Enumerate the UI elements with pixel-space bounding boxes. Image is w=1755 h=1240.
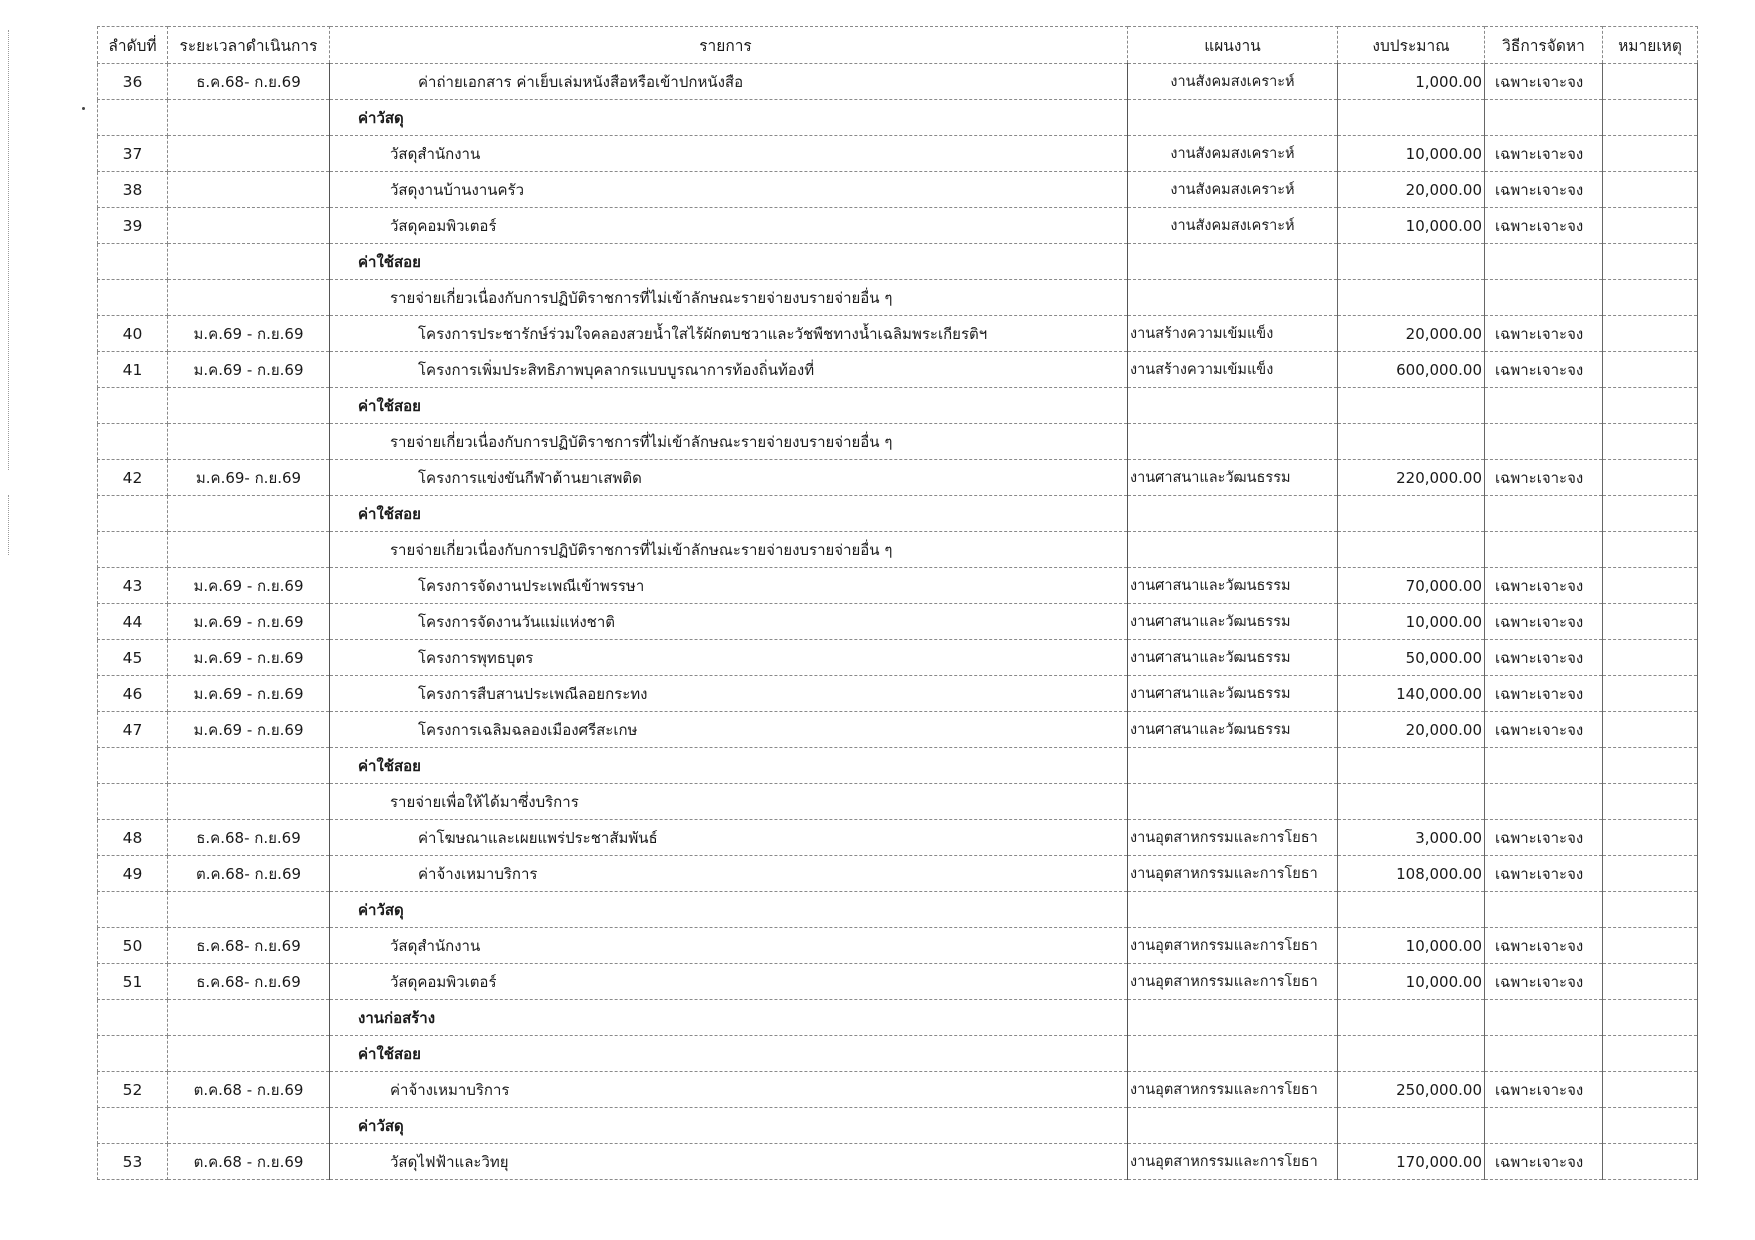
- remark: [1603, 712, 1698, 748]
- remark: [1603, 676, 1698, 712]
- budget-amount: [1338, 388, 1485, 424]
- row-number: 43: [98, 568, 168, 604]
- category-row: รายจ่ายเกี่ยวเนื่องกับการปฏิบัติราชการที…: [98, 532, 1698, 568]
- table-row: 49ต.ค.68- ก.ย.69ค่าจ้างเหมาบริการงานอุตส…: [98, 856, 1698, 892]
- table-row: 46ม.ค.69 - ก.ย.69โครงการสืบสานประเพณีลอย…: [98, 676, 1698, 712]
- remark: [1603, 136, 1698, 172]
- category-row: รายจ่ายเกี่ยวเนื่องกับการปฏิบัติราชการที…: [98, 424, 1698, 460]
- operation-period: ธ.ค.68- ก.ย.69: [168, 928, 330, 964]
- work-plan: งานอุตสาหกรรมและการโยธา: [1128, 1072, 1338, 1108]
- table-row: 39วัสดุคอมพิวเตอร์งานสังคมสงเคราะห์10,00…: [98, 208, 1698, 244]
- budget-amount: 600,000.00: [1338, 352, 1485, 388]
- row-number: 39: [98, 208, 168, 244]
- category-row: งานก่อสร้าง: [98, 1000, 1698, 1036]
- procurement-method: เฉพาะเจาะจง: [1485, 964, 1603, 1000]
- row-number: [98, 280, 168, 316]
- remark: [1603, 496, 1698, 532]
- work-plan: [1128, 388, 1338, 424]
- work-plan: งานศาสนาและวัฒนธรรม: [1128, 568, 1338, 604]
- operation-period: ม.ค.69 - ก.ย.69: [168, 352, 330, 388]
- remark: [1603, 64, 1698, 100]
- work-plan: [1128, 784, 1338, 820]
- budget-amount: 1,000.00: [1338, 64, 1485, 100]
- table-row: 52ต.ค.68 - ก.ย.69ค่าจ้างเหมาบริการงานอุต…: [98, 1072, 1698, 1108]
- remark: [1603, 928, 1698, 964]
- row-number: [98, 892, 168, 928]
- operation-period: [168, 208, 330, 244]
- category-row: ค่าใช้สอย: [98, 496, 1698, 532]
- remark: [1603, 1108, 1698, 1144]
- table-row: 51ธ.ค.68- ก.ย.69วัสดุคอมพิวเตอร์งานอุตสา…: [98, 964, 1698, 1000]
- table-row: 44ม.ค.69 - ก.ย.69โครงการจัดงานวันแม่แห่ง…: [98, 604, 1698, 640]
- row-number: 49: [98, 856, 168, 892]
- operation-period: [168, 280, 330, 316]
- work-plan: งานสร้างความเข้มแข็ง: [1128, 316, 1338, 352]
- row-number: 41: [98, 352, 168, 388]
- item-description: ค่าใช้สอย: [330, 496, 1128, 532]
- item-description: ค่าวัสดุ: [330, 100, 1128, 136]
- item-description: ค่าจ้างเหมาบริการ: [330, 856, 1128, 892]
- budget-amount: [1338, 1108, 1485, 1144]
- procurement-method: [1485, 784, 1603, 820]
- remark: [1603, 424, 1698, 460]
- procurement-method: เฉพาะเจาะจง: [1485, 676, 1603, 712]
- operation-period: ธ.ค.68- ก.ย.69: [168, 964, 330, 1000]
- procurement-method: [1485, 1108, 1603, 1144]
- row-number: [98, 532, 168, 568]
- table-row: 41ม.ค.69 - ก.ย.69โครงการเพิ่มประสิทธิภาพ…: [98, 352, 1698, 388]
- table-row: 42ม.ค.69- ก.ย.69โครงการแข่งขันกีฬาต้านยา…: [98, 460, 1698, 496]
- table-row: 38วัสดุงานบ้านงานครัวงานสังคมสงเคราะห์20…: [98, 172, 1698, 208]
- remark: [1603, 208, 1698, 244]
- row-number: [98, 748, 168, 784]
- column-header-plan: แผนงาน: [1128, 27, 1338, 64]
- work-plan: งานสร้างความเข้มแข็ง: [1128, 352, 1338, 388]
- item-description: รายจ่ายเกี่ยวเนื่องกับการปฏิบัติราชการที…: [330, 280, 1128, 316]
- item-description: งานก่อสร้าง: [330, 1000, 1128, 1036]
- item-description: โครงการเพิ่มประสิทธิภาพบุคลากรแบบบูรณากา…: [330, 352, 1128, 388]
- operation-period: [168, 748, 330, 784]
- operation-period: ม.ค.69 - ก.ย.69: [168, 316, 330, 352]
- table-row: 53ต.ค.68 - ก.ย.69วัสดุไฟฟ้าและวิทยุงานอุ…: [98, 1144, 1698, 1180]
- work-plan: งานสังคมสงเคราะห์: [1128, 136, 1338, 172]
- operation-period: [168, 1108, 330, 1144]
- budget-amount: 10,000.00: [1338, 208, 1485, 244]
- remark: [1603, 1036, 1698, 1072]
- procurement-method: [1485, 1036, 1603, 1072]
- procurement-method: เฉพาะเจาะจง: [1485, 712, 1603, 748]
- work-plan: งานสังคมสงเคราะห์: [1128, 64, 1338, 100]
- row-number: 44: [98, 604, 168, 640]
- column-header-no: ลำดับที่: [98, 27, 168, 64]
- procurement-method: เฉพาะเจาะจง: [1485, 568, 1603, 604]
- row-number: [98, 1036, 168, 1072]
- budget-amount: [1338, 748, 1485, 784]
- operation-period: [168, 172, 330, 208]
- remark: [1603, 892, 1698, 928]
- table-row: 50ธ.ค.68- ก.ย.69วัสดุสำนักงานงานอุตสาหกร…: [98, 928, 1698, 964]
- row-number: 51: [98, 964, 168, 1000]
- item-description: โครงการแข่งขันกีฬาต้านยาเสพติด: [330, 460, 1128, 496]
- remark: [1603, 532, 1698, 568]
- category-row: ค่าใช้สอย: [98, 748, 1698, 784]
- procurement-method: เฉพาะเจาะจง: [1485, 352, 1603, 388]
- procurement-method: เฉพาะเจาะจง: [1485, 460, 1603, 496]
- table-body: 36ธ.ค.68- ก.ย.69ค่าถ่ายเอกสาร ค่าเย็บเล่…: [98, 64, 1698, 1180]
- procurement-method: [1485, 1000, 1603, 1036]
- column-header-budget: งบประมาณ: [1338, 27, 1485, 64]
- budget-amount: 10,000.00: [1338, 604, 1485, 640]
- work-plan: งานศาสนาและวัฒนธรรม: [1128, 604, 1338, 640]
- remark: [1603, 1000, 1698, 1036]
- row-number: [98, 1108, 168, 1144]
- budget-amount: 220,000.00: [1338, 460, 1485, 496]
- column-header-note: หมายเหตุ: [1603, 27, 1698, 64]
- row-number: 42: [98, 460, 168, 496]
- remark: [1603, 820, 1698, 856]
- work-plan: งานศาสนาและวัฒนธรรม: [1128, 460, 1338, 496]
- operation-period: ม.ค.69 - ก.ย.69: [168, 604, 330, 640]
- table-row: 40ม.ค.69 - ก.ย.69โครงการประชารักษ์ร่วมใจ…: [98, 316, 1698, 352]
- operation-period: ต.ค.68 - ก.ย.69: [168, 1072, 330, 1108]
- category-row: ค่าวัสดุ: [98, 100, 1698, 136]
- work-plan: งานสังคมสงเคราะห์: [1128, 172, 1338, 208]
- item-description: ค่าวัสดุ: [330, 892, 1128, 928]
- budget-amount: 50,000.00: [1338, 640, 1485, 676]
- budget-amount: [1338, 280, 1485, 316]
- operation-period: ต.ค.68 - ก.ย.69: [168, 1144, 330, 1180]
- operation-period: [168, 784, 330, 820]
- procurement-method: เฉพาะเจาะจง: [1485, 136, 1603, 172]
- budget-amount: [1338, 100, 1485, 136]
- item-description: ค่าใช้สอย: [330, 1036, 1128, 1072]
- procurement-plan-sheet: ลำดับที่ ระยะเวลาดำเนินการ รายการ แผนงาน…: [97, 26, 1697, 1180]
- table-row: 47ม.ค.69 - ก.ย.69โครงการเฉลิมฉลองเมืองศร…: [98, 712, 1698, 748]
- work-plan: งานศาสนาและวัฒนธรรม: [1128, 640, 1338, 676]
- procurement-method: [1485, 244, 1603, 280]
- work-plan: งานอุตสาหกรรมและการโยธา: [1128, 1144, 1338, 1180]
- remark: [1603, 964, 1698, 1000]
- budget-amount: 10,000.00: [1338, 964, 1485, 1000]
- category-row: ค่าวัสดุ: [98, 1108, 1698, 1144]
- item-description: รายจ่ายเกี่ยวเนื่องกับการปฏิบัติราชการที…: [330, 424, 1128, 460]
- remark: [1603, 640, 1698, 676]
- budget-amount: [1338, 1036, 1485, 1072]
- table-row: 37วัสดุสำนักงานงานสังคมสงเคราะห์10,000.0…: [98, 136, 1698, 172]
- procurement-method: เฉพาะเจาะจง: [1485, 1144, 1603, 1180]
- work-plan: [1128, 496, 1338, 532]
- operation-period: [168, 532, 330, 568]
- remark: [1603, 388, 1698, 424]
- scan-margin-dots: [8, 30, 9, 470]
- budget-amount: 3,000.00: [1338, 820, 1485, 856]
- operation-period: ธ.ค.68- ก.ย.69: [168, 820, 330, 856]
- work-plan: [1128, 1036, 1338, 1072]
- budget-amount: [1338, 1000, 1485, 1036]
- item-description: วัสดุคอมพิวเตอร์: [330, 964, 1128, 1000]
- table-row: 45ม.ค.69 - ก.ย.69โครงการพุทธบุตรงานศาสนา…: [98, 640, 1698, 676]
- remark: [1603, 172, 1698, 208]
- operation-period: [168, 496, 330, 532]
- budget-amount: [1338, 424, 1485, 460]
- remark: [1603, 280, 1698, 316]
- procurement-method: เฉพาะเจาะจง: [1485, 208, 1603, 244]
- item-description: โครงการประชารักษ์ร่วมใจคลองสวยน้ำใสไร้ผั…: [330, 316, 1128, 352]
- row-number: [98, 424, 168, 460]
- remark: [1603, 460, 1698, 496]
- table-row: 43ม.ค.69 - ก.ย.69โครงการจัดงานประเพณีเข้…: [98, 568, 1698, 604]
- remark: [1603, 1144, 1698, 1180]
- item-description: โครงการจัดงานประเพณีเข้าพรรษา: [330, 568, 1128, 604]
- remark: [1603, 100, 1698, 136]
- budget-amount: 10,000.00: [1338, 928, 1485, 964]
- item-description: โครงการสืบสานประเพณีลอยกระทง: [330, 676, 1128, 712]
- item-description: ค่าใช้สอย: [330, 244, 1128, 280]
- work-plan: งานสังคมสงเคราะห์: [1128, 208, 1338, 244]
- row-number: 36: [98, 64, 168, 100]
- budget-amount: 20,000.00: [1338, 172, 1485, 208]
- table-row: 36ธ.ค.68- ก.ย.69ค่าถ่ายเอกสาร ค่าเย็บเล่…: [98, 64, 1698, 100]
- category-row: ค่าใช้สอย: [98, 244, 1698, 280]
- item-description: วัสดุงานบ้านงานครัว: [330, 172, 1128, 208]
- item-description: ค่าถ่ายเอกสาร ค่าเย็บเล่มหนังสือหรือเข้า…: [330, 64, 1128, 100]
- row-number: 50: [98, 928, 168, 964]
- procurement-method: เฉพาะเจาะจง: [1485, 64, 1603, 100]
- table-row: 48ธ.ค.68- ก.ย.69ค่าโฆษณาและเผยแพร่ประชาส…: [98, 820, 1698, 856]
- operation-period: ม.ค.69 - ก.ย.69: [168, 568, 330, 604]
- remark: [1603, 244, 1698, 280]
- remark: [1603, 784, 1698, 820]
- item-description: ค่าใช้สอย: [330, 388, 1128, 424]
- row-number: [98, 784, 168, 820]
- budget-amount: 108,000.00: [1338, 856, 1485, 892]
- budget-amount: 10,000.00: [1338, 136, 1485, 172]
- row-number: 48: [98, 820, 168, 856]
- work-plan: งานศาสนาและวัฒนธรรม: [1128, 712, 1338, 748]
- procurement-method: [1485, 892, 1603, 928]
- operation-period: [168, 388, 330, 424]
- item-description: ค่าวัสดุ: [330, 1108, 1128, 1144]
- operation-period: [168, 424, 330, 460]
- budget-amount: [1338, 496, 1485, 532]
- item-description: รายจ่ายเพื่อให้ได้มาซึ่งบริการ: [330, 784, 1128, 820]
- operation-period: [168, 1036, 330, 1072]
- row-number: [98, 1000, 168, 1036]
- row-number: [98, 496, 168, 532]
- procurement-method: เฉพาะเจาะจง: [1485, 1072, 1603, 1108]
- procurement-method: เฉพาะเจาะจง: [1485, 820, 1603, 856]
- remark: [1603, 856, 1698, 892]
- operation-period: ม.ค.69 - ก.ย.69: [168, 640, 330, 676]
- remark: [1603, 1072, 1698, 1108]
- operation-period: ม.ค.69 - ก.ย.69: [168, 676, 330, 712]
- procurement-method: [1485, 424, 1603, 460]
- work-plan: งานศาสนาและวัฒนธรรม: [1128, 676, 1338, 712]
- procurement-method: [1485, 100, 1603, 136]
- operation-period: ธ.ค.68- ก.ย.69: [168, 64, 330, 100]
- procurement-method: เฉพาะเจาะจง: [1485, 928, 1603, 964]
- work-plan: งานอุตสาหกรรมและการโยธา: [1128, 964, 1338, 1000]
- category-row: ค่าวัสดุ: [98, 892, 1698, 928]
- budget-amount: 20,000.00: [1338, 316, 1485, 352]
- remark: [1603, 316, 1698, 352]
- operation-period: ต.ค.68- ก.ย.69: [168, 856, 330, 892]
- budget-amount: [1338, 892, 1485, 928]
- procurement-method: เฉพาะเจาะจง: [1485, 856, 1603, 892]
- category-row: ค่าใช้สอย: [98, 388, 1698, 424]
- row-number: [98, 100, 168, 136]
- procurement-method: [1485, 748, 1603, 784]
- work-plan: [1128, 1000, 1338, 1036]
- work-plan: [1128, 532, 1338, 568]
- budget-amount: [1338, 784, 1485, 820]
- scan-speck: [82, 107, 85, 110]
- item-description: วัสดุสำนักงาน: [330, 136, 1128, 172]
- remark: [1603, 352, 1698, 388]
- work-plan: [1128, 280, 1338, 316]
- operation-period: ม.ค.69- ก.ย.69: [168, 460, 330, 496]
- row-number: [98, 244, 168, 280]
- budget-amount: 20,000.00: [1338, 712, 1485, 748]
- row-number: 45: [98, 640, 168, 676]
- row-number: 53: [98, 1144, 168, 1180]
- procurement-method: [1485, 388, 1603, 424]
- procurement-method: [1485, 496, 1603, 532]
- work-plan: [1128, 424, 1338, 460]
- remark: [1603, 748, 1698, 784]
- procurement-table: ลำดับที่ ระยะเวลาดำเนินการ รายการ แผนงาน…: [97, 26, 1698, 1180]
- budget-amount: 250,000.00: [1338, 1072, 1485, 1108]
- column-header-item: รายการ: [330, 27, 1128, 64]
- item-description: โครงการจัดงานวันแม่แห่งชาติ: [330, 604, 1128, 640]
- column-header-method: วิธีการจัดหา: [1485, 27, 1603, 64]
- operation-period: ม.ค.69 - ก.ย.69: [168, 712, 330, 748]
- category-row: รายจ่ายเพื่อให้ได้มาซึ่งบริการ: [98, 784, 1698, 820]
- remark: [1603, 568, 1698, 604]
- work-plan: [1128, 1108, 1338, 1144]
- work-plan: [1128, 748, 1338, 784]
- procurement-method: [1485, 532, 1603, 568]
- category-row: ค่าใช้สอย: [98, 1036, 1698, 1072]
- item-description: โครงการพุทธบุตร: [330, 640, 1128, 676]
- item-description: ค่าโฆษณาและเผยแพร่ประชาสัมพันธ์: [330, 820, 1128, 856]
- procurement-method: เฉพาะเจาะจง: [1485, 172, 1603, 208]
- operation-period: [168, 100, 330, 136]
- work-plan: [1128, 892, 1338, 928]
- row-number: 40: [98, 316, 168, 352]
- work-plan: [1128, 244, 1338, 280]
- category-row: รายจ่ายเกี่ยวเนื่องกับการปฏิบัติราชการที…: [98, 280, 1698, 316]
- procurement-method: เฉพาะเจาะจง: [1485, 640, 1603, 676]
- row-number: 52: [98, 1072, 168, 1108]
- row-number: 47: [98, 712, 168, 748]
- item-description: วัสดุไฟฟ้าและวิทยุ: [330, 1144, 1128, 1180]
- operation-period: [168, 136, 330, 172]
- work-plan: งานอุตสาหกรรมและการโยธา: [1128, 820, 1338, 856]
- column-header-period: ระยะเวลาดำเนินการ: [168, 27, 330, 64]
- remark: [1603, 604, 1698, 640]
- scan-margin-dots: [8, 495, 9, 555]
- item-description: ค่าใช้สอย: [330, 748, 1128, 784]
- row-number: 46: [98, 676, 168, 712]
- table-header-row: ลำดับที่ ระยะเวลาดำเนินการ รายการ แผนงาน…: [98, 27, 1698, 64]
- work-plan: [1128, 100, 1338, 136]
- work-plan: งานอุตสาหกรรมและการโยธา: [1128, 856, 1338, 892]
- item-description: รายจ่ายเกี่ยวเนื่องกับการปฏิบัติราชการที…: [330, 532, 1128, 568]
- budget-amount: 70,000.00: [1338, 568, 1485, 604]
- item-description: ค่าจ้างเหมาบริการ: [330, 1072, 1128, 1108]
- budget-amount: 140,000.00: [1338, 676, 1485, 712]
- procurement-method: [1485, 280, 1603, 316]
- operation-period: [168, 244, 330, 280]
- work-plan: งานอุตสาหกรรมและการโยธา: [1128, 928, 1338, 964]
- operation-period: [168, 892, 330, 928]
- budget-amount: [1338, 532, 1485, 568]
- budget-amount: [1338, 244, 1485, 280]
- item-description: โครงการเฉลิมฉลองเมืองศรีสะเกษ: [330, 712, 1128, 748]
- item-description: วัสดุสำนักงาน: [330, 928, 1128, 964]
- operation-period: [168, 1000, 330, 1036]
- procurement-method: เฉพาะเจาะจง: [1485, 316, 1603, 352]
- row-number: 37: [98, 136, 168, 172]
- row-number: 38: [98, 172, 168, 208]
- budget-amount: 170,000.00: [1338, 1144, 1485, 1180]
- row-number: [98, 388, 168, 424]
- procurement-method: เฉพาะเจาะจง: [1485, 604, 1603, 640]
- item-description: วัสดุคอมพิวเตอร์: [330, 208, 1128, 244]
